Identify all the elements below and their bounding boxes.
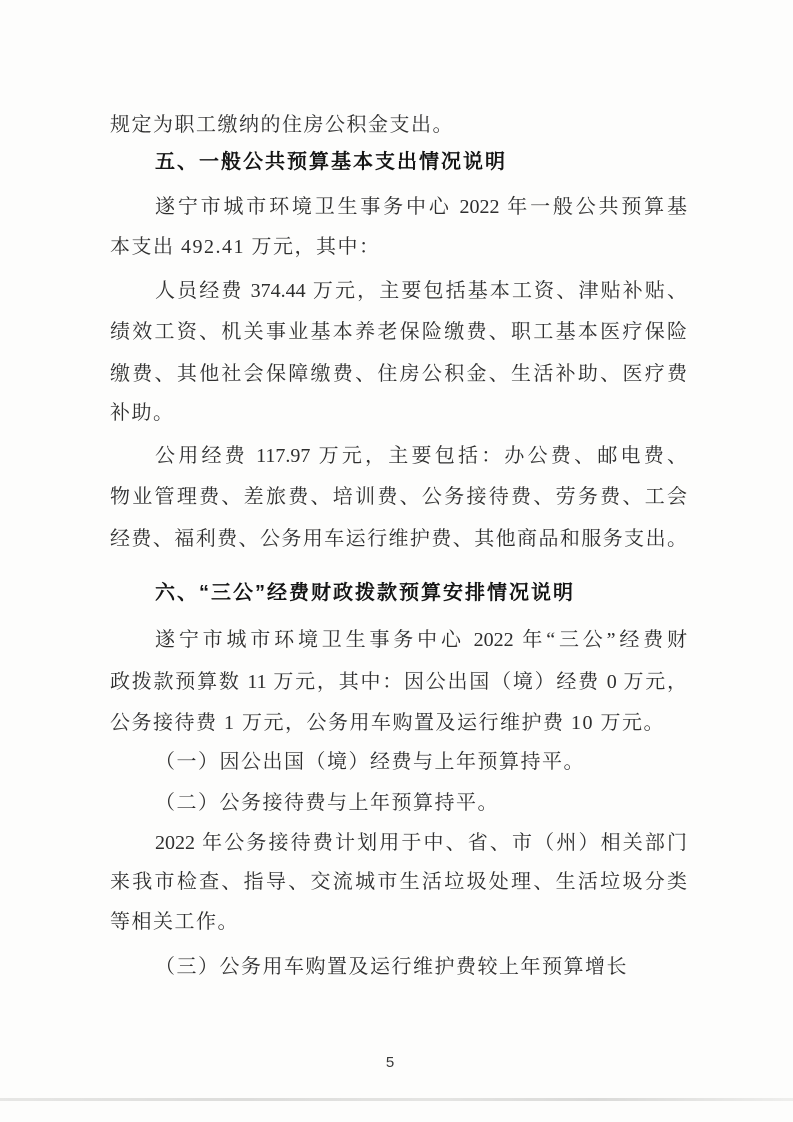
document-page: 规定为职工缴纳的住房公积金支出。 五、一般公共预算基本支出情况说明 遂宁市城市环… xyxy=(0,0,793,1122)
text-line: 规定为职工缴纳的住房公积金支出。 xyxy=(110,112,687,139)
text-line: 遂宁市城市环境卫生事务中心 2022 年一般公共预算基 xyxy=(110,194,687,221)
text-line: 公用经费 117.97 万元，主要包括：办公费、邮电费、 xyxy=(110,443,687,470)
text-line: 物业管理费、差旅费、培训费、公务接待费、劳务费、工会 xyxy=(110,484,687,511)
text-line: 公务接待费 1 万元，公务用车购置及运行维护费 10 万元。 xyxy=(110,710,687,737)
text-line: 遂宁市城市环境卫生事务中心 2022 年“三公”经费财 xyxy=(110,627,687,654)
text-line: 政拨款预算数 11 万元，其中：因公出国（境）经费 0 万元， xyxy=(110,669,687,696)
text-line: 缴费、其他社会保障缴费、住房公积金、生活补助、医疗费 xyxy=(110,361,687,388)
scan-edge-artifact xyxy=(0,1098,793,1101)
text-line: 本支出 492.41 万元，其中： xyxy=(110,234,687,261)
section-heading-5: 五、一般公共预算基本支出情况说明 xyxy=(110,149,687,176)
section-heading-6: 六、“三公”经费财政拨款预算安排情况说明 xyxy=(110,580,687,607)
text-line: 经费、福利费、公务用车运行维护费、其他商品和服务支出。 xyxy=(110,526,687,553)
text-line: 等相关工作。 xyxy=(110,909,687,936)
text-line: （一）因公出国（境）经费与上年预算持平。 xyxy=(110,749,687,776)
text-line: 绩效工资、机关事业基本养老保险缴费、职工基本医疗保险 xyxy=(110,319,687,346)
text-line: （三）公务用车购置及运行维护费较上年预算增长 xyxy=(110,954,687,981)
text-line: 2022 年公务接待费计划用于中、省、市（州）相关部门 xyxy=(110,830,687,857)
text-line: 补助。 xyxy=(110,400,687,427)
text-line: （二）公务接待费与上年预算持平。 xyxy=(110,790,687,817)
page-number: 5 xyxy=(382,1054,398,1071)
text-line: 来我市检查、指导、交流城市生活垃圾处理、生活垃圾分类 xyxy=(110,869,687,896)
text-line: 人员经费 374.44 万元，主要包括基本工资、津贴补贴、 xyxy=(110,278,687,305)
